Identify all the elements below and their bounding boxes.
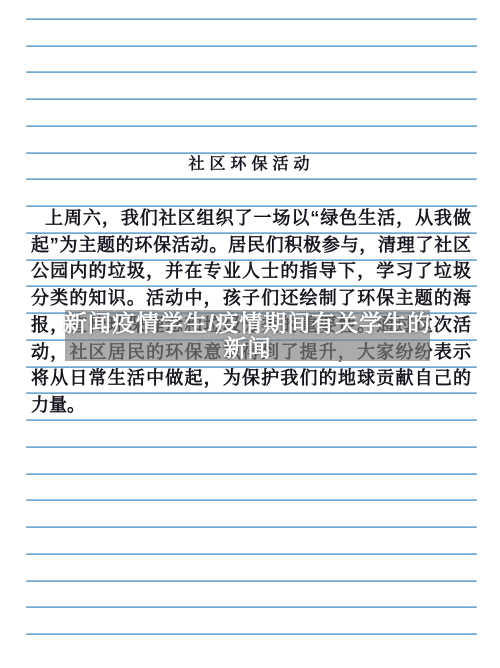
ruled-line xyxy=(26,633,477,635)
ruled-line xyxy=(26,125,477,127)
ruled-line xyxy=(26,580,477,582)
paragraph-line: 力量。 xyxy=(31,392,471,419)
ruled-line xyxy=(26,606,477,608)
paragraph-line: 上周六，我们社区组织了一场以“绿色生活，从我做 xyxy=(31,205,471,232)
document-title: 社区环保活动 xyxy=(26,152,477,178)
ruled-line xyxy=(26,98,477,100)
paragraph-line: 分类的知识。活动中，孩子们还绘制了环保主题的海 xyxy=(31,285,471,312)
ruled-line xyxy=(26,446,477,448)
notebook-page: 社区环保活动 上周六，我们社区组织了一场以“绿色生活，从我做 起”为主题的环保活… xyxy=(0,0,500,668)
paragraph-line: 将从日常生活中做起，为保护我们的地球贡献自己的 xyxy=(31,365,471,392)
ruled-line xyxy=(26,553,477,555)
paragraph-line: 起”为主题的环保活动。居民们积极参与，清理了社区 xyxy=(31,232,471,259)
ruled-line xyxy=(26,178,477,180)
ruled-line xyxy=(26,71,477,73)
ruled-line xyxy=(26,45,477,47)
ruled-line xyxy=(26,419,477,421)
ruled-line xyxy=(26,499,477,501)
watermark-text-line-2: 新闻 xyxy=(224,336,272,361)
watermark-text-line-1: 新闻疫情学生/疫情期间有关学生的 xyxy=(64,311,431,336)
ruled-line xyxy=(26,526,477,528)
watermark-overlay: 新闻疫情学生/疫情期间有关学生的 新闻 xyxy=(65,310,430,361)
paragraph-line: 公园内的垃圾，并在专业人士的指导下，学习了垃圾 xyxy=(31,258,471,285)
ruled-line xyxy=(26,473,477,475)
ruled-line xyxy=(26,18,477,20)
